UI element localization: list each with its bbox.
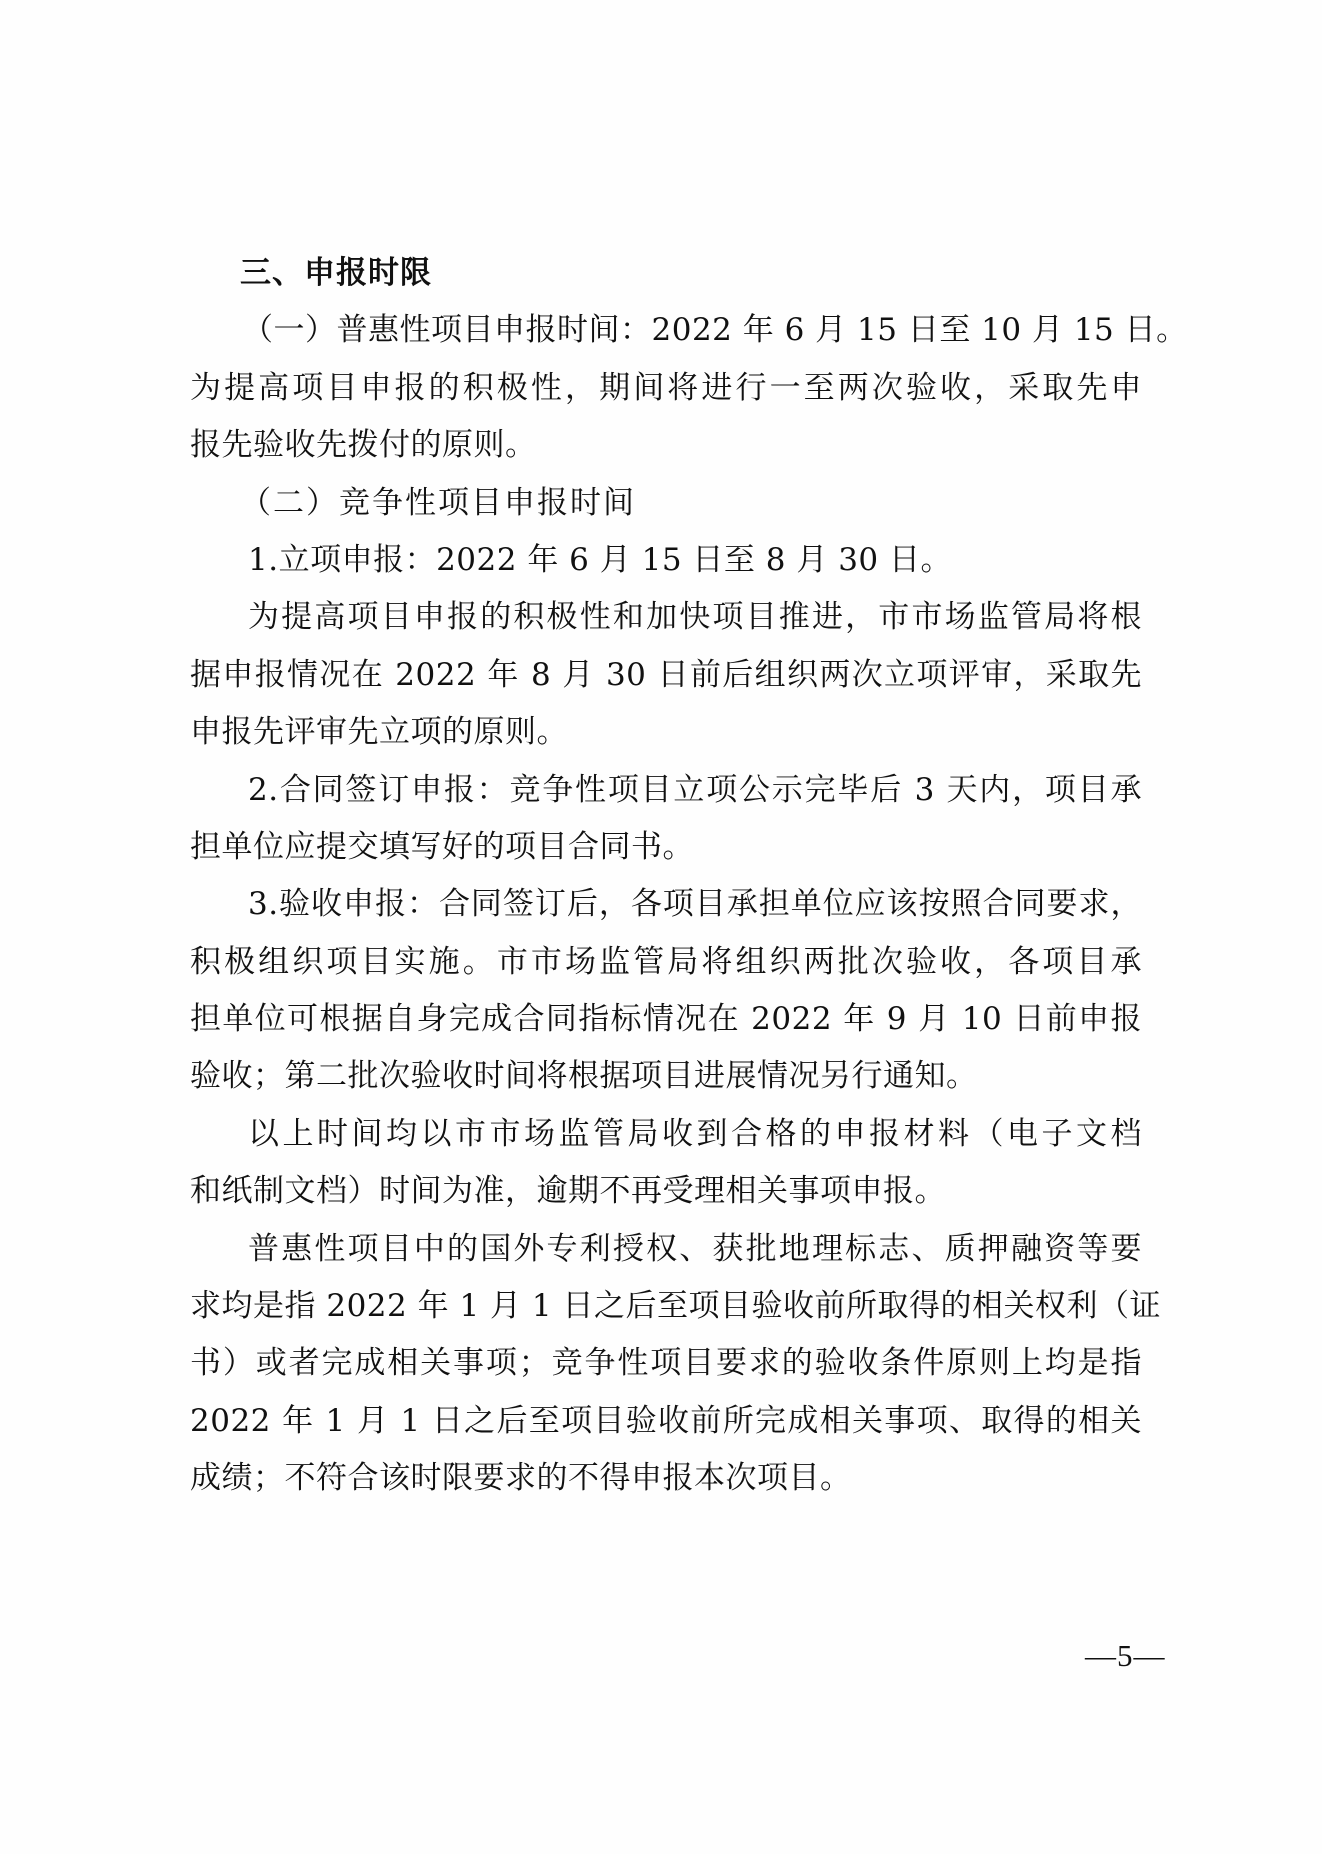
paragraph-contract-signing: 2.合同签订申报：竞争性项目立项公示完毕后 3 天内，项目承 担单位应提交填写好… [190, 762, 1142, 877]
paragraph-acceptance: 3.验收申报：合同签订后，各项目承担单位应该按照合同要求， 积极组织项目实施。市… [190, 876, 1142, 1106]
section-heading: 三、申报时限 [190, 245, 1142, 302]
paragraph-line: 和纸制文档）时间为准，逾期不再受理相关事项申报。 [190, 1163, 1142, 1220]
paragraph-submission-deadline-rule: 以上时间均以市市场监管局收到合格的申报材料（电子文档 和纸制文档）时间为准，逾期… [190, 1106, 1142, 1221]
paragraph-approval-review: 为提高项目申报的积极性和加快项目推进，市市场监管局将根 据申报情况在 2022 … [190, 589, 1142, 761]
paragraph-time-requirements: 普惠性项目中的国外专利授权、获批地理标志、质押融资等要 求均是指 2022 年 … [190, 1221, 1142, 1508]
paragraph-line: 以上时间均以市市场监管局收到合格的申报材料（电子文档 [190, 1106, 1142, 1163]
paragraph-line: 报先验收先拨付的原则。 [190, 417, 1142, 474]
document-body: 三、申报时限 （一）普惠性项目申报时间：2022 年 6 月 15 日至 10 … [190, 245, 1142, 1508]
page-number: —5— [1085, 1638, 1166, 1674]
paragraph-line: 书）或者完成相关事项；竞争性项目要求的验收条件原则上均是指 [190, 1335, 1142, 1392]
paragraph-general-project-timeline: （一）普惠性项目申报时间：2022 年 6 月 15 日至 10 月 15 日。… [190, 302, 1142, 474]
paragraph-line: 担单位应提交填写好的项目合同书。 [190, 819, 1142, 876]
document-page: 三、申报时限 （一）普惠性项目申报时间：2022 年 6 月 15 日至 10 … [0, 0, 1322, 1854]
paragraph-line: 2022 年 1 月 1 日之后至项目验收前所完成相关事项、取得的相关 [190, 1393, 1142, 1450]
paragraph-line: 为提高项目申报的积极性，期间将进行一至两次验收，采取先申 [190, 360, 1142, 417]
paragraph-line: 担单位可根据自身完成合同指标情况在 2022 年 9 月 10 日前申报 [190, 991, 1142, 1048]
paragraph-line: 积极组织项目实施。市市场监管局将组织两批次验收，各项目承 [190, 934, 1142, 991]
paragraph-line: 申报先评审先立项的原则。 [190, 704, 1142, 761]
paragraph-project-approval: 1.立项申报：2022 年 6 月 15 日至 8 月 30 日。 [190, 532, 1142, 589]
paragraph-line: 验收；第二批次验收时间将根据项目进展情况另行通知。 [190, 1048, 1142, 1105]
paragraph-line: （一）普惠性项目申报时间：2022 年 6 月 15 日至 10 月 15 日。 [190, 302, 1142, 359]
paragraph-line: 成绩；不符合该时限要求的不得申报本次项目。 [190, 1450, 1142, 1507]
subheading-competitive-projects: （二）竞争性项目申报时间 [190, 475, 1142, 532]
paragraph-line: 3.验收申报：合同签订后，各项目承担单位应该按照合同要求， [190, 876, 1142, 933]
paragraph-line: 普惠性项目中的国外专利授权、获批地理标志、质押融资等要 [190, 1221, 1142, 1278]
paragraph-line: 据申报情况在 2022 年 8 月 30 日前后组织两次立项评审，采取先 [190, 647, 1142, 704]
paragraph-line: 2.合同签订申报：竞争性项目立项公示完毕后 3 天内，项目承 [190, 762, 1142, 819]
paragraph-line: 求均是指 2022 年 1 月 1 日之后至项目验收前所取得的相关权利（证 [190, 1278, 1142, 1335]
paragraph-line: 为提高项目申报的积极性和加快项目推进，市市场监管局将根 [190, 589, 1142, 646]
